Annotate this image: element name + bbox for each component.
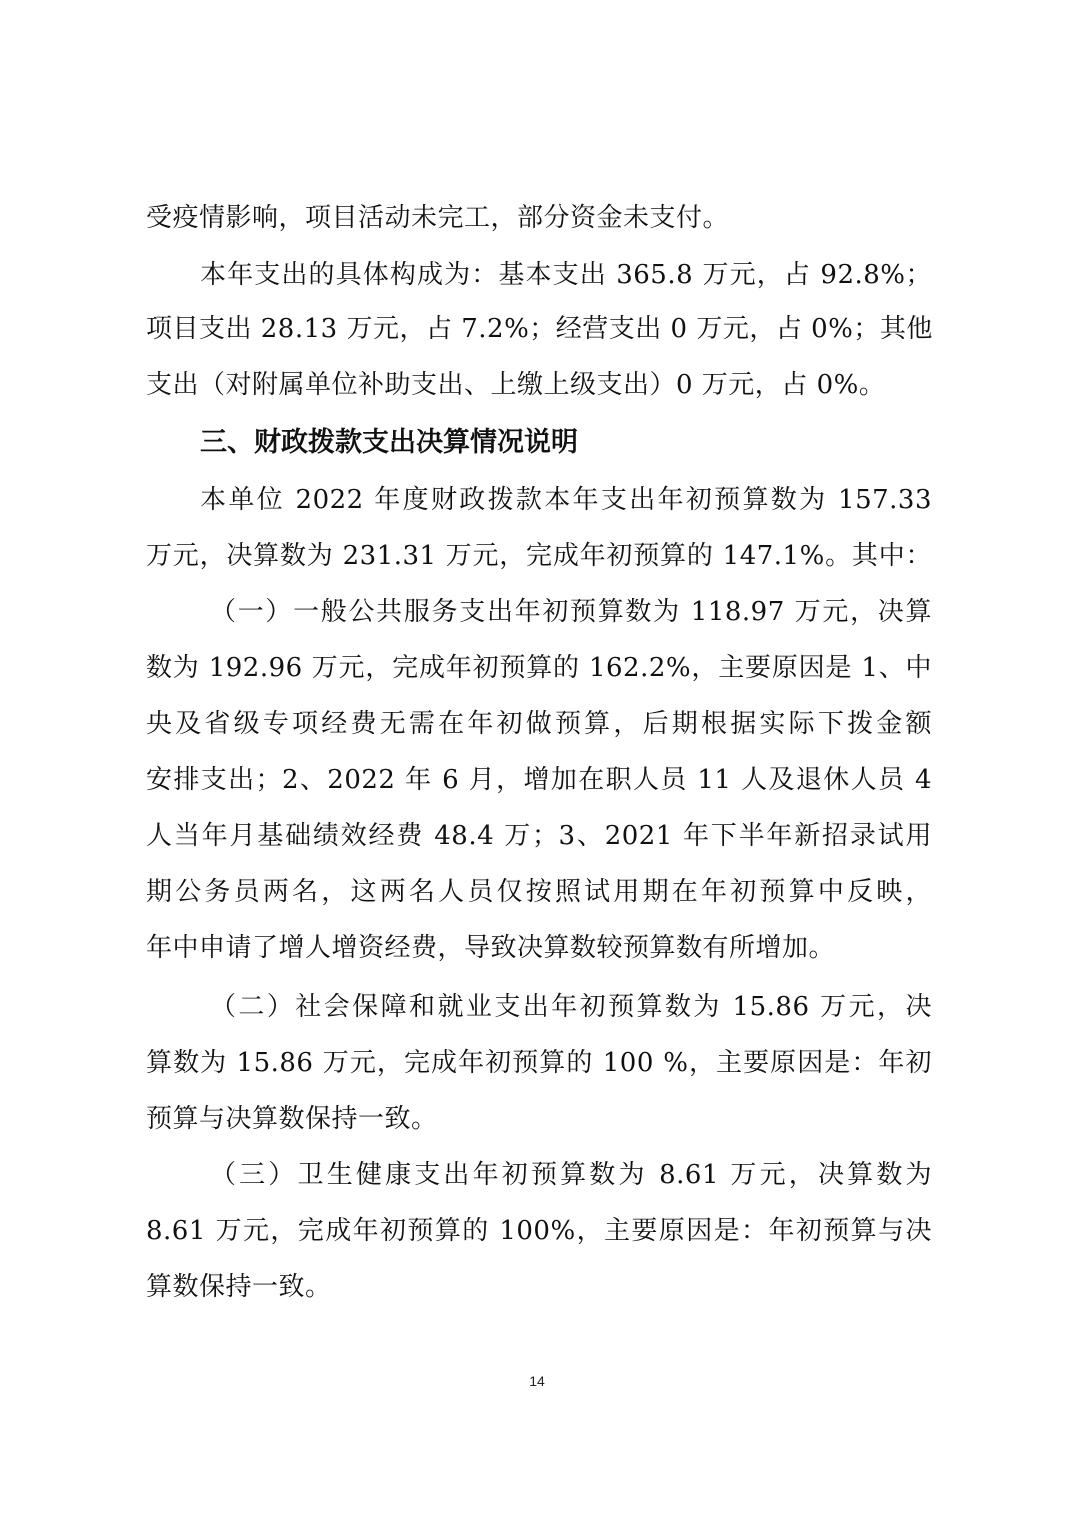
- paragraph-line: 安排支出；2、2022 年 6 月，增加在职人员 11 人及退休人员 4: [146, 765, 932, 795]
- paragraph-line: 央及省级专项经费无需在年初做预算，后期根据实际下拨金额: [146, 709, 932, 739]
- paragraph-line: 预算与决算数保持一致。: [146, 1104, 932, 1134]
- paragraph-line: 数为 192.96 万元，完成年初预算的 162.2%，主要原因是 1、中: [146, 653, 932, 683]
- paragraph-line: （二）社会保障和就业支出年初预算数为 15.86 万元，决: [210, 992, 932, 1022]
- paragraph-line: （三）卫生健康支出年初预算数为 8.61 万元，决算数为: [210, 1160, 932, 1190]
- paragraph-line: 8.61 万元，完成年初预算的 100%，主要原因是：年初预算与决: [146, 1216, 932, 1246]
- paragraph-line: 人当年月基础绩效经费 48.4 万；3、2021 年下半年新招录试用: [146, 821, 932, 851]
- paragraph-line: 万元，决算数为 231.31 万元，完成年初预算的 147.1%。其中：: [146, 541, 932, 571]
- section-heading: 三、财政拨款支出决算情况说明: [200, 428, 578, 458]
- paragraph-line: （一）一般公共服务支出年初预算数为 118.97 万元，决算: [210, 597, 932, 627]
- paragraph-line: 受疫情影响，项目活动未完工，部分资金未支付。: [146, 203, 932, 233]
- paragraph-line: 本年支出的具体构成为：基本支出 365.8 万元，占 92.8%；: [200, 260, 932, 290]
- paragraph-line: 年中申请了增人增资经费，导致决算数较预算数有所增加。: [146, 933, 932, 963]
- paragraph-line: 项目支出 28.13 万元，占 7.2%；经营支出 0 万元，占 0%；其他: [146, 314, 932, 344]
- document-page: 受疫情影响，项目活动未完工，部分资金未支付。 本年支出的具体构成为：基本支出 3…: [0, 0, 1074, 1520]
- paragraph-line: 本单位 2022 年度财政拨款本年支出年初预算数为 157.33: [200, 485, 932, 515]
- page-number: 14: [0, 1373, 1074, 1389]
- paragraph-line: 算数保持一致。: [146, 1272, 932, 1302]
- paragraph-line: 支出（对附属单位补助支出、上缴上级支出）0 万元，占 0%。: [146, 370, 932, 400]
- paragraph-line: 算数为 15.86 万元，完成年初预算的 100 %，主要原因是：年初: [146, 1048, 932, 1078]
- paragraph-line: 期公务员两名，这两名人员仅按照试用期在年初预算中反映，: [146, 877, 932, 907]
